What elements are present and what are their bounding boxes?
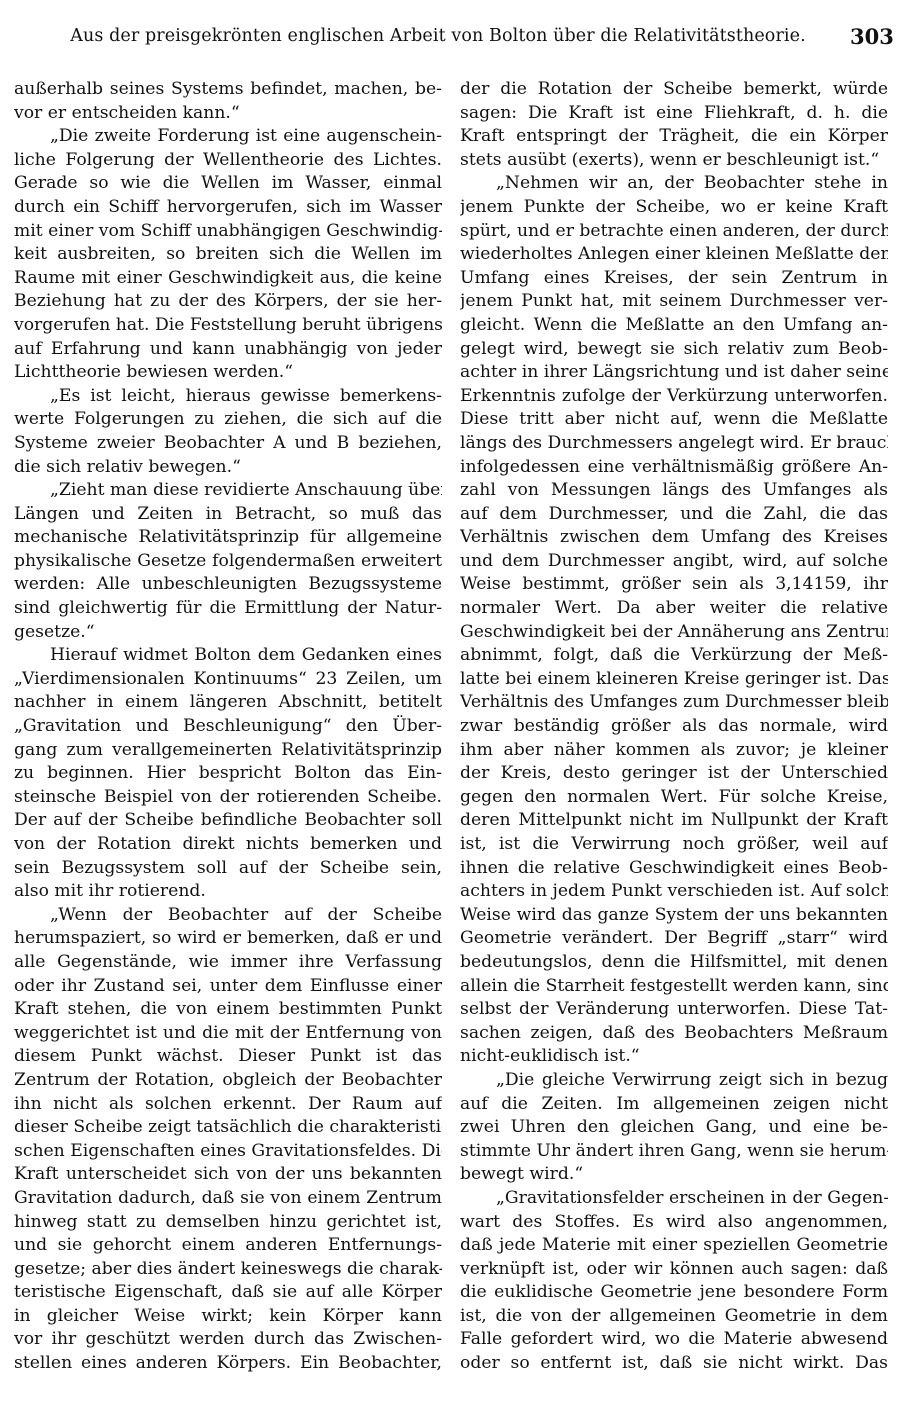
text-line: Geometrie verändert. Der Begriff „starr“… [460,927,888,951]
text-line: Raume mit einer Geschwindigkeit aus, die… [14,267,442,291]
text-line: Der auf der Scheibe befindliche Beobacht… [14,809,442,833]
text-line: „Gravitationsfelder erscheinen in der Ge… [460,1187,888,1211]
text-line: gesetze; aber dies ändert keineswegs die… [14,1258,442,1282]
text-line: nicht-euklidisch ist.“ [460,1045,888,1069]
text-line: auf die Zeiten. Im allgemeinen zeigen ni… [460,1093,888,1117]
text-line: also mit ihr rotierend. [14,880,442,904]
text-line: sein Bezugssystem soll auf der Scheibe s… [14,857,442,881]
text-line: stimmte Uhr ändert ihren Gang, wenn sie … [460,1140,888,1164]
text-line: Zentrum der Rotation, obgleich der Beoba… [14,1069,442,1093]
text-line: infolgedessen eine verhältnismäßig größe… [460,456,888,480]
text-line: wiederholtes Anlegen einer kleinen Meßla… [460,243,888,267]
page-header: Aus der preisgekrönten englischen Arbeit… [0,22,900,52]
text-line: spürt, und er betrachte einen anderen, d… [460,220,888,244]
text-line: Erkenntnis zufolge der Verkürzung unterw… [460,385,888,409]
text-line: jenem Punkt hat, mit seinem Durchmesser … [460,290,888,314]
text-line: wart des Stoffes. Es wird also angenomme… [460,1211,888,1235]
text-line: „Die gleiche Verwirrung zeigt sich in be… [460,1069,888,1093]
text-line: zwar beständig größer als das normale, w… [460,715,888,739]
text-line: diesem Punkt wächst. Dieser Punkt ist da… [14,1045,442,1069]
text-line: vor er entscheiden kann.“ [14,102,442,126]
text-line: bewegt wird.“ [460,1163,888,1187]
text-line: weggerichtet ist und die mit der Entfern… [14,1022,442,1046]
text-line: nachher in einem längeren Abschnitt, bet… [14,691,442,715]
text-line: „Zieht man diese revidierte Anschauung ü… [14,479,442,503]
text-line: gesetze.“ [14,621,442,645]
text-line: Falle gefordert wird, wo die Materie abw… [460,1328,888,1352]
text-line: latte bei einem kleineren Kreise geringe… [460,668,888,692]
text-line: Diese tritt aber nicht auf, wenn die Meß… [460,408,888,432]
text-line: „Vierdimensionalen Kontinuums“ 23 Zeilen… [14,668,442,692]
text-line: Umfang eines Kreises, der sein Zentrum i… [460,267,888,291]
text-line: hinweg statt zu demselben hinzu gerichte… [14,1211,442,1235]
text-line: jenem Punkte der Scheibe, wo er keine Kr… [460,196,888,220]
text-line: deren Mittelpunkt nicht im Nullpunkt der… [460,809,888,833]
text-line: ist, die von der allgemeinen Geometrie i… [460,1305,888,1329]
text-line: auf Erfahrung und kann unabhängig von je… [14,338,442,362]
text-line: achter in ihrer Längsrichtung und ist da… [460,361,888,385]
text-line: physikalische Gesetze folgendermaßen erw… [14,550,442,574]
text-line: „Die zweite Forderung ist eine augensche… [14,125,442,149]
text-line: Kraft entspringt der Trägheit, die ein K… [460,125,888,149]
text-line: „Es ist leicht, hieraus gewisse bemerken… [14,385,442,409]
text-line: die sich relativ bewegen.“ [14,456,442,480]
text-line: Gravitation dadurch, daß sie von einem Z… [14,1187,442,1211]
text-line: außerhalb seines Systems befindet, mache… [14,78,442,102]
text-line: stets ausübt (exerts), wenn er beschleun… [460,149,888,173]
text-line: auf dem Durchmesser, und die Zahl, die d… [460,503,888,527]
text-line: ihm aber näher kommen als zuvor; je klei… [460,739,888,763]
text-line: oder so entfernt ist, daß sie nicht wirk… [460,1352,888,1376]
text-line: abnimmt, folgt, daß die Verkürzung der M… [460,644,888,668]
text-line: sind gleichwertig für die Ermittlung der… [14,597,442,621]
text-line: ihnen die relative Geschwindigkeit eines… [460,857,888,881]
running-title: Aus der preisgekrönten englischen Arbeit… [58,26,818,46]
text-line: in gleicher Weise wirkt; kein Körper kan… [14,1305,442,1329]
left-column: außerhalb seines Systems befindet, mache… [14,78,442,1376]
text-line: allein die Starrheit festgestellt werden… [460,975,888,999]
text-line: werden: Alle unbeschleunigten Bezugssyst… [14,573,442,597]
text-line: der Kreis, desto geringer ist der Unters… [460,762,888,786]
text-line: der die Rotation der Scheibe bemerkt, wü… [460,78,888,102]
text-line: alle Gegenstände, wie immer ihre Verfass… [14,951,442,975]
text-line: und sie gehorcht einem anderen Entfernun… [14,1234,442,1258]
text-line: Verhältnis des Umfanges zum Durchmesser … [460,691,888,715]
text-line: verknüpft ist, oder wir können auch sage… [460,1258,888,1282]
text-line: schen Eigenschaften eines Gravitationsfe… [14,1140,442,1164]
text-line: von der Rotation direkt nichts bemerken … [14,833,442,857]
text-line: oder ihr Zustand sei, unter dem Einfluss… [14,975,442,999]
text-line: sachen zeigen, daß des Beobachters Meßra… [460,1022,888,1046]
text-line: zu beginnen. Hier bespricht Bolton das E… [14,762,442,786]
text-line: Verhältnis zwischen dem Umfang des Kreis… [460,526,888,550]
text-line: mit einer vom Schiff unabhängigen Geschw… [14,220,442,244]
text-line: gelegt wird, bewegt sie sich relativ zum… [460,338,888,362]
text-line: Geschwindigkeit bei der Annäherung ans Z… [460,621,888,645]
text-line: zahl von Messungen längs des Umfanges al… [460,479,888,503]
text-line: daß jede Materie mit einer speziellen Ge… [460,1234,888,1258]
text-line: Weise bestimmt, größer sein als 3,14159,… [460,573,888,597]
text-line: längs des Durchmessers angelegt wird. Er… [460,432,888,456]
text-line: herumspaziert, so wird er bemerken, daß … [14,927,442,951]
text-line: sagen: Die Kraft ist eine Fliehkraft, d.… [460,102,888,126]
text-line: keit ausbreiten, so breiten sich die Wel… [14,243,442,267]
text-line: „Nehmen wir an, der Beobachter stehe in [460,172,888,196]
text-line: Längen und Zeiten in Betracht, so muß da… [14,503,442,527]
text-line: dieser Scheibe zeigt tatsächlich die cha… [14,1116,442,1140]
text-line: Weise wird das ganze System der uns beka… [460,904,888,928]
text-line: steinsche Beispiel von der rotierenden S… [14,786,442,810]
text-line: gleicht. Wenn die Meßlatte an den Umfang… [460,314,888,338]
text-line: Beziehung hat zu der des Körpers, der si… [14,290,442,314]
text-line: Systeme zweier Beobachter A und B bezieh… [14,432,442,456]
text-line: werte Folgerungen zu ziehen, die sich au… [14,408,442,432]
text-line: vorgerufen hat. Die Feststellung beruht … [14,314,442,338]
text-line: liche Folgerung der Wellentheorie des Li… [14,149,442,173]
text-line: die euklidische Geometrie jene besondere… [460,1281,888,1305]
right-column: der die Rotation der Scheibe bemerkt, wü… [460,78,888,1376]
text-line: normaler Wert. Da aber weiter die relati… [460,597,888,621]
text-line: zwei Uhren den gleichen Gang, und eine b… [460,1116,888,1140]
text-line: bedeutungslos, denn die Hilfsmittel, mit… [460,951,888,975]
text-line: durch ein Schiff hervorgerufen, sich im … [14,196,442,220]
page-number: 303 [850,24,894,49]
text-line: „Wenn der Beobachter auf der Scheibe [14,904,442,928]
text-line: Gerade so wie die Wellen im Wasser, einm… [14,172,442,196]
text-line: „Gravitation und Beschleunigung“ den Übe… [14,715,442,739]
text-line: Lichttheorie bewiesen werden.“ [14,361,442,385]
text-line: Hierauf widmet Bolton dem Gedanken eines [14,644,442,668]
text-line: achters in jedem Punkt verschieden ist. … [460,880,888,904]
text-line: Kraft unterscheidet sich von der uns bek… [14,1163,442,1187]
text-line: vor ihr geschützt werden durch das Zwisc… [14,1328,442,1352]
text-line: Kraft stehen, die von einem bestimmten P… [14,998,442,1022]
text-line: stellen eines anderen Körpers. Ein Beoba… [14,1352,442,1376]
text-line: gang zum verallgemeinerten Relativitätsp… [14,739,442,763]
text-line: selbst der Veränderung unterworfen. Dies… [460,998,888,1022]
text-line: und dem Durchmesser angibt, wird, auf so… [460,550,888,574]
text-line: ihn nicht als solchen erkennt. Der Raum … [14,1093,442,1117]
text-line: mechanische Relativitätsprinzip für allg… [14,526,442,550]
text-line: gegen den normalen Wert. Für solche Krei… [460,786,888,810]
text-line: ist, ist die Verwirrung noch größer, wei… [460,833,888,857]
text-line: teristische Eigenschaft, daß sie auf all… [14,1281,442,1305]
